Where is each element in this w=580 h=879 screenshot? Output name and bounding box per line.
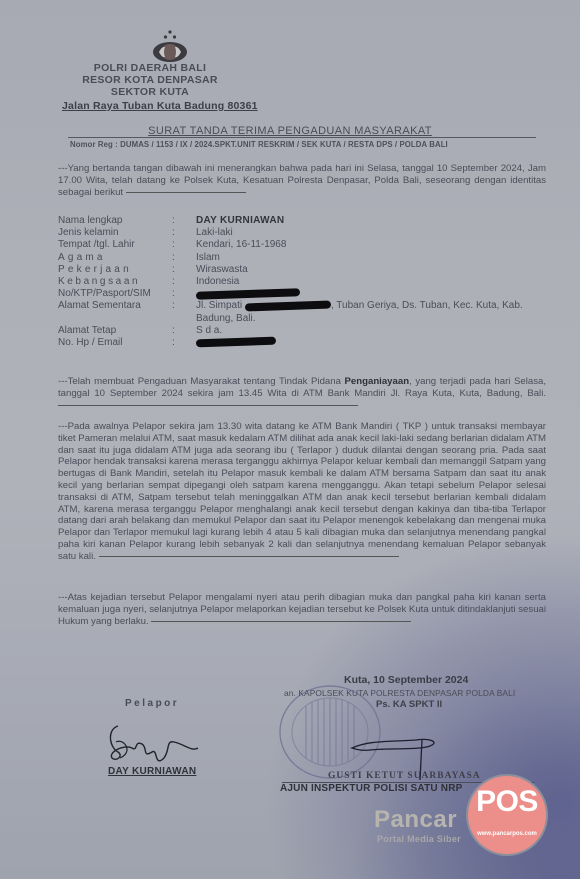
colon: : bbox=[172, 300, 196, 324]
fill-line bbox=[99, 556, 399, 557]
police-emblem-icon bbox=[150, 28, 190, 64]
redaction-mark bbox=[196, 288, 300, 300]
redaction-mark bbox=[196, 337, 276, 348]
chronology-paragraph: ---Pada awalnya Pelapor sekira jam 13.30… bbox=[58, 421, 546, 563]
identity-row-birth: Tempat /tgl. Lahir : Kendari, 16-11-1968 bbox=[58, 239, 548, 251]
officer-rank: AJUN INSPEKTUR POLISI SATU NRP bbox=[280, 783, 463, 794]
document-title: SURAT TANDA TERIMA PENGADUAN MASYARAKAT bbox=[0, 125, 580, 137]
reporter-name: DAY KURNIAWAN bbox=[108, 766, 196, 777]
identity-row-occupation: Pekerjaan : Wiraswasta bbox=[58, 264, 548, 276]
on-behalf-of: an. KAPOLSEK KUTA POLRESTA DENPASAR POLD… bbox=[284, 688, 515, 698]
identity-row-temp-address: Alamat Sementara : Jl. Simpati , Tuban G… bbox=[58, 300, 548, 324]
officer-position: Ps. KA SPKT II bbox=[376, 699, 442, 710]
identity-label: Kebangsaan bbox=[58, 276, 172, 288]
reg-divider bbox=[68, 137, 536, 138]
watermark-tagline: Portal Media Siber bbox=[377, 834, 461, 844]
place-date: Kuta, 10 September 2024 bbox=[344, 674, 468, 686]
identity-label: Nama lengkap bbox=[58, 215, 172, 227]
identity-row-id-number: No/KTP/Pasport/SIM : bbox=[58, 288, 548, 300]
officer-name: GUSTI KETUT SUARBAYASA bbox=[328, 771, 481, 781]
identity-label: No/KTP/Pasport/SIM bbox=[58, 288, 172, 300]
identity-label: Alamat Sementara bbox=[58, 300, 172, 324]
org-line-3: SEKTOR KUTA bbox=[40, 86, 260, 98]
registration-number: Nomor Reg : DUMAS / 1153 / IX / 2024.SPK… bbox=[70, 140, 448, 149]
identity-label: Tempat /tgl. Lahir bbox=[58, 239, 172, 251]
colon: : bbox=[172, 227, 196, 239]
identity-row-phone-email: No. Hp / Email : bbox=[58, 337, 548, 349]
identity-row-gender: Jenis kelamin : Laki-laki bbox=[58, 227, 548, 239]
identity-value: Wiraswasta bbox=[196, 264, 548, 276]
identity-value: Kendari, 16-11-1968 bbox=[196, 239, 548, 251]
colon: : bbox=[172, 288, 196, 300]
redaction-mark bbox=[245, 300, 331, 311]
colon: : bbox=[172, 215, 196, 227]
org-line-2: RESOR KOTA DENPASAR bbox=[40, 74, 260, 86]
fill-line bbox=[151, 621, 411, 622]
identity-label: No. Hp / Email bbox=[58, 337, 172, 349]
identity-value-redacted bbox=[196, 288, 548, 300]
identity-row-perm-address: Alamat Tetap : S d a. bbox=[58, 325, 548, 337]
identity-value: Indonesia bbox=[196, 276, 548, 288]
fill-line bbox=[58, 405, 358, 406]
identity-value: Laki-laki bbox=[196, 227, 548, 239]
reporter-signature-icon bbox=[104, 718, 204, 770]
identity-label: Jenis kelamin bbox=[58, 227, 172, 239]
colon: : bbox=[172, 239, 196, 251]
complaint-paragraph: ---Telah membuat Pengaduan Masyarakat te… bbox=[58, 376, 546, 411]
colon: : bbox=[172, 252, 196, 264]
identity-row-religion: Agama : Islam bbox=[58, 252, 548, 264]
colon: : bbox=[172, 264, 196, 276]
org-address: Jalan Raya Tuban Kuta Badung 80361 bbox=[62, 100, 258, 112]
consequence-paragraph: ---Atas kejadian tersebut Pelapor mengal… bbox=[58, 592, 546, 627]
chronology-text: ---Pada awalnya Pelapor sekira jam 13.30… bbox=[58, 421, 546, 562]
complaint-text: ---Telah membuat Pengaduan Masyarakat te… bbox=[58, 376, 345, 387]
identity-row-nationality: Kebangsaan : Indonesia bbox=[58, 276, 548, 288]
document-title-text: SURAT TANDA TERIMA PENGADUAN MASYARAKAT bbox=[148, 125, 432, 137]
identity-label: Pekerjaan bbox=[58, 264, 172, 276]
address-prefix: Jl. Simpati bbox=[196, 300, 242, 311]
colon: : bbox=[172, 337, 196, 349]
intro-paragraph: ---Yang bertanda tangan dibawah ini mene… bbox=[58, 163, 546, 198]
identity-value: S d a. bbox=[196, 325, 548, 337]
identity-label: Agama bbox=[58, 252, 172, 264]
colon: : bbox=[172, 325, 196, 337]
identity-table: Nama lengkap : DAY KURNIAWAN Jenis kelam… bbox=[58, 215, 548, 349]
identity-value: Jl. Simpati , Tuban Geriya, Ds. Tuban, K… bbox=[196, 300, 548, 324]
identity-value: DAY KURNIAWAN bbox=[196, 215, 548, 227]
identity-value: Islam bbox=[196, 252, 548, 264]
colon: : bbox=[172, 276, 196, 288]
watermark-brand: Pancar bbox=[374, 806, 457, 834]
identity-label: Alamat Tetap bbox=[58, 325, 172, 337]
watermark-badge-text: POS bbox=[468, 785, 546, 819]
identity-value-redacted bbox=[196, 337, 548, 349]
fill-line bbox=[126, 192, 246, 193]
offense-type: Penganiayaan bbox=[345, 376, 410, 387]
complaint-receipt-document: POLRI DAERAH BALI RESOR KOTA DENPASAR SE… bbox=[0, 0, 580, 879]
reporter-label: Pelapor bbox=[125, 698, 179, 709]
org-line-1: POLRI DAERAH BALI bbox=[40, 62, 260, 74]
identity-row-name: Nama lengkap : DAY KURNIAWAN bbox=[58, 215, 548, 227]
watermark-url: www.pancarpos.com bbox=[468, 831, 546, 837]
